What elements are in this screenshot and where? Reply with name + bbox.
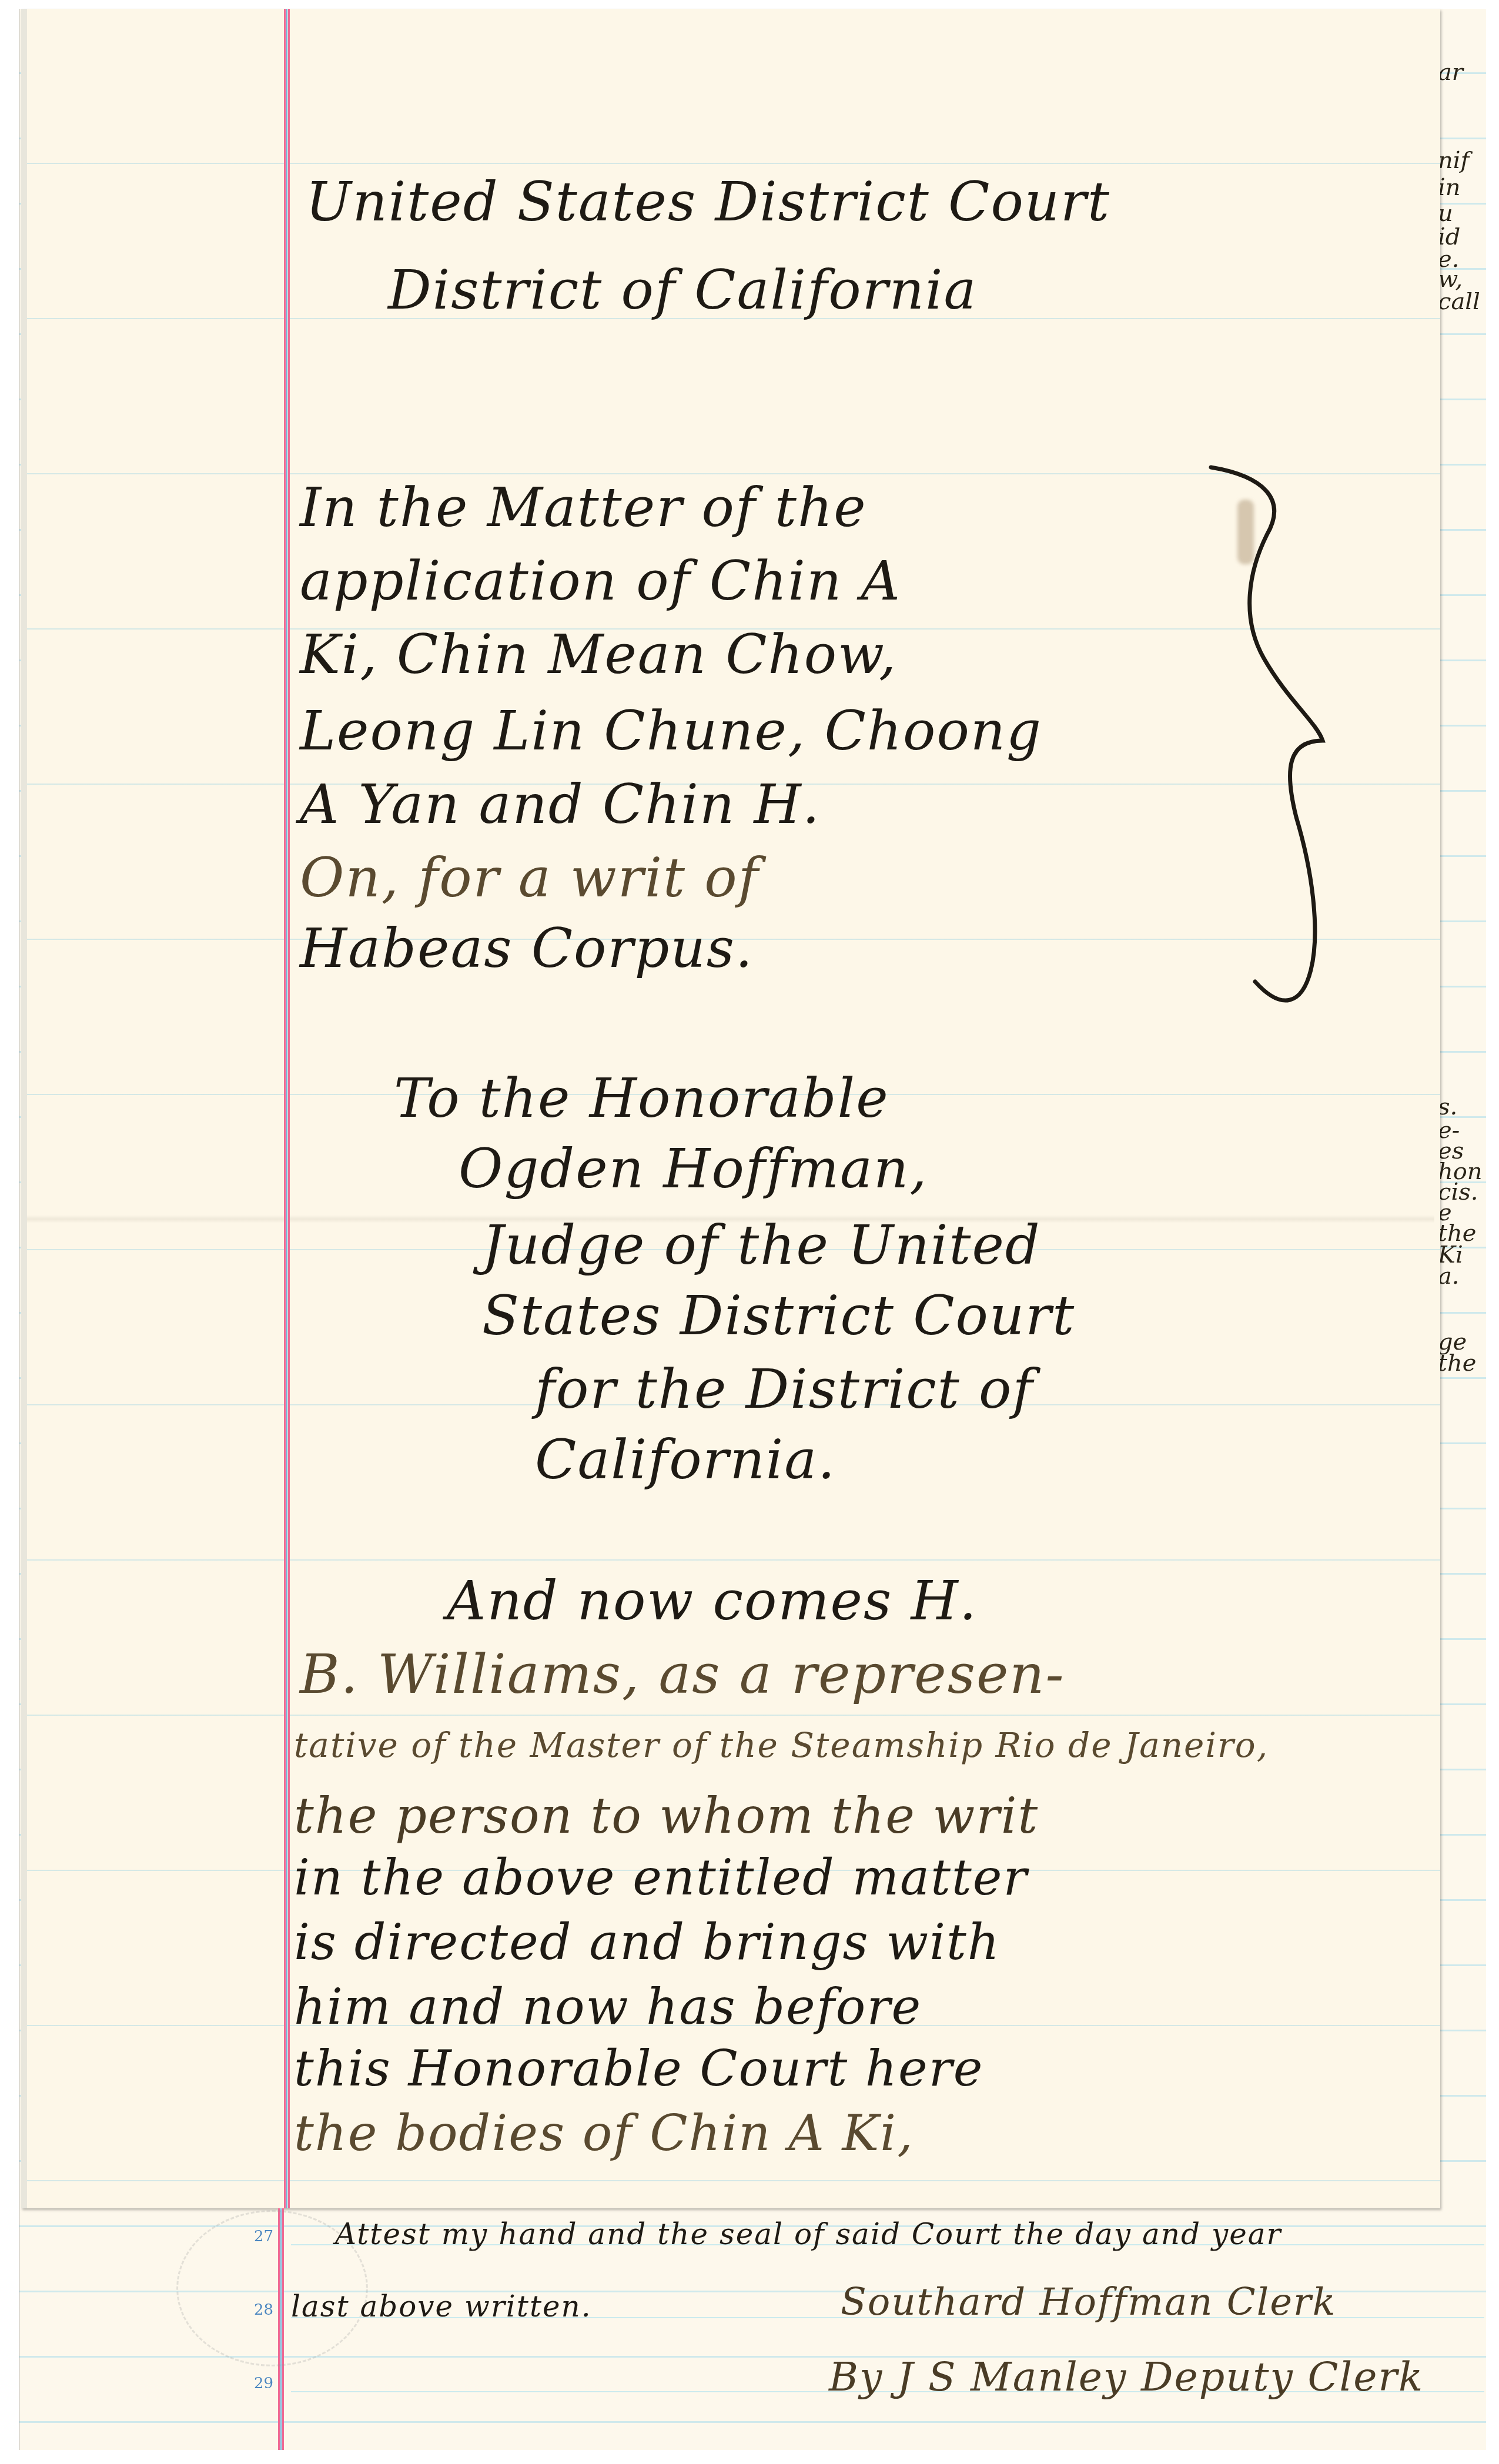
fragment: call — [1438, 288, 1480, 315]
underlying-page-fragments: ar nif in u id e. w, call s. e- es hon c… — [1436, 0, 1485, 2210]
line-number: 29 — [254, 2375, 273, 2392]
address-line: States District Court — [482, 1284, 1075, 1347]
attestation-line: Attest my hand and the seal of said Cour… — [335, 2217, 1281, 2251]
caption-line: On, for a writ of — [300, 846, 759, 909]
deputy-clerk-signature: By J S Manley Deputy Clerk — [829, 2354, 1424, 2401]
caption-line: Habeas Corpus. — [300, 917, 754, 980]
body-line: this Honorable Court here — [294, 2040, 984, 2097]
address-line: for the District of — [535, 1358, 1034, 1421]
fragment: ar — [1438, 59, 1463, 86]
body-line: the bodies of Chin A Ki, — [294, 2104, 914, 2162]
attestation-line: last above written. — [291, 2289, 592, 2324]
fragment: the — [1438, 1350, 1477, 1377]
body-line: in the above entitled matter — [294, 1849, 1028, 1906]
court-heading-line1: United States District Court — [306, 170, 1110, 233]
caption-line: In the Matter of the — [300, 476, 867, 539]
body-line: him and now has before — [294, 1978, 922, 2036]
address-line: Judge of the United — [482, 1214, 1041, 1277]
clerk-signature: Southard Hoffman Clerk — [841, 2281, 1336, 2324]
caption-brace-icon — [1199, 464, 1329, 1017]
fragment: a. — [1438, 1263, 1460, 1290]
line-number: 27 — [254, 2228, 273, 2245]
address-line: Ogden Hoffman, — [459, 1137, 928, 1200]
line-number: 28 — [254, 2301, 273, 2319]
body-line: tative of the Master of the Steamship Ri… — [294, 1725, 1269, 1765]
address-line: California. — [535, 1428, 836, 1491]
fragment: nif — [1438, 147, 1469, 174]
caption-line: Leong Lin Chune, Choong — [300, 699, 1042, 762]
fragment: in — [1438, 174, 1461, 201]
caption-line: Ki, Chin Mean Chow, — [300, 623, 897, 686]
body-line: B. Williams, as a represen- — [300, 1643, 1065, 1706]
body-line: And now comes H. — [447, 1569, 978, 1632]
address-line: To the Honorable — [394, 1067, 889, 1130]
margin-rule — [284, 9, 290, 2208]
body-line: the person to whom the writ — [294, 1787, 1039, 1844]
body-line: is directed and brings with — [294, 1913, 1001, 1971]
court-heading-line2: District of California — [388, 259, 977, 322]
caption-line: A Yan and Chin H. — [300, 773, 821, 836]
caption-line: application of Chin A — [300, 550, 901, 612]
